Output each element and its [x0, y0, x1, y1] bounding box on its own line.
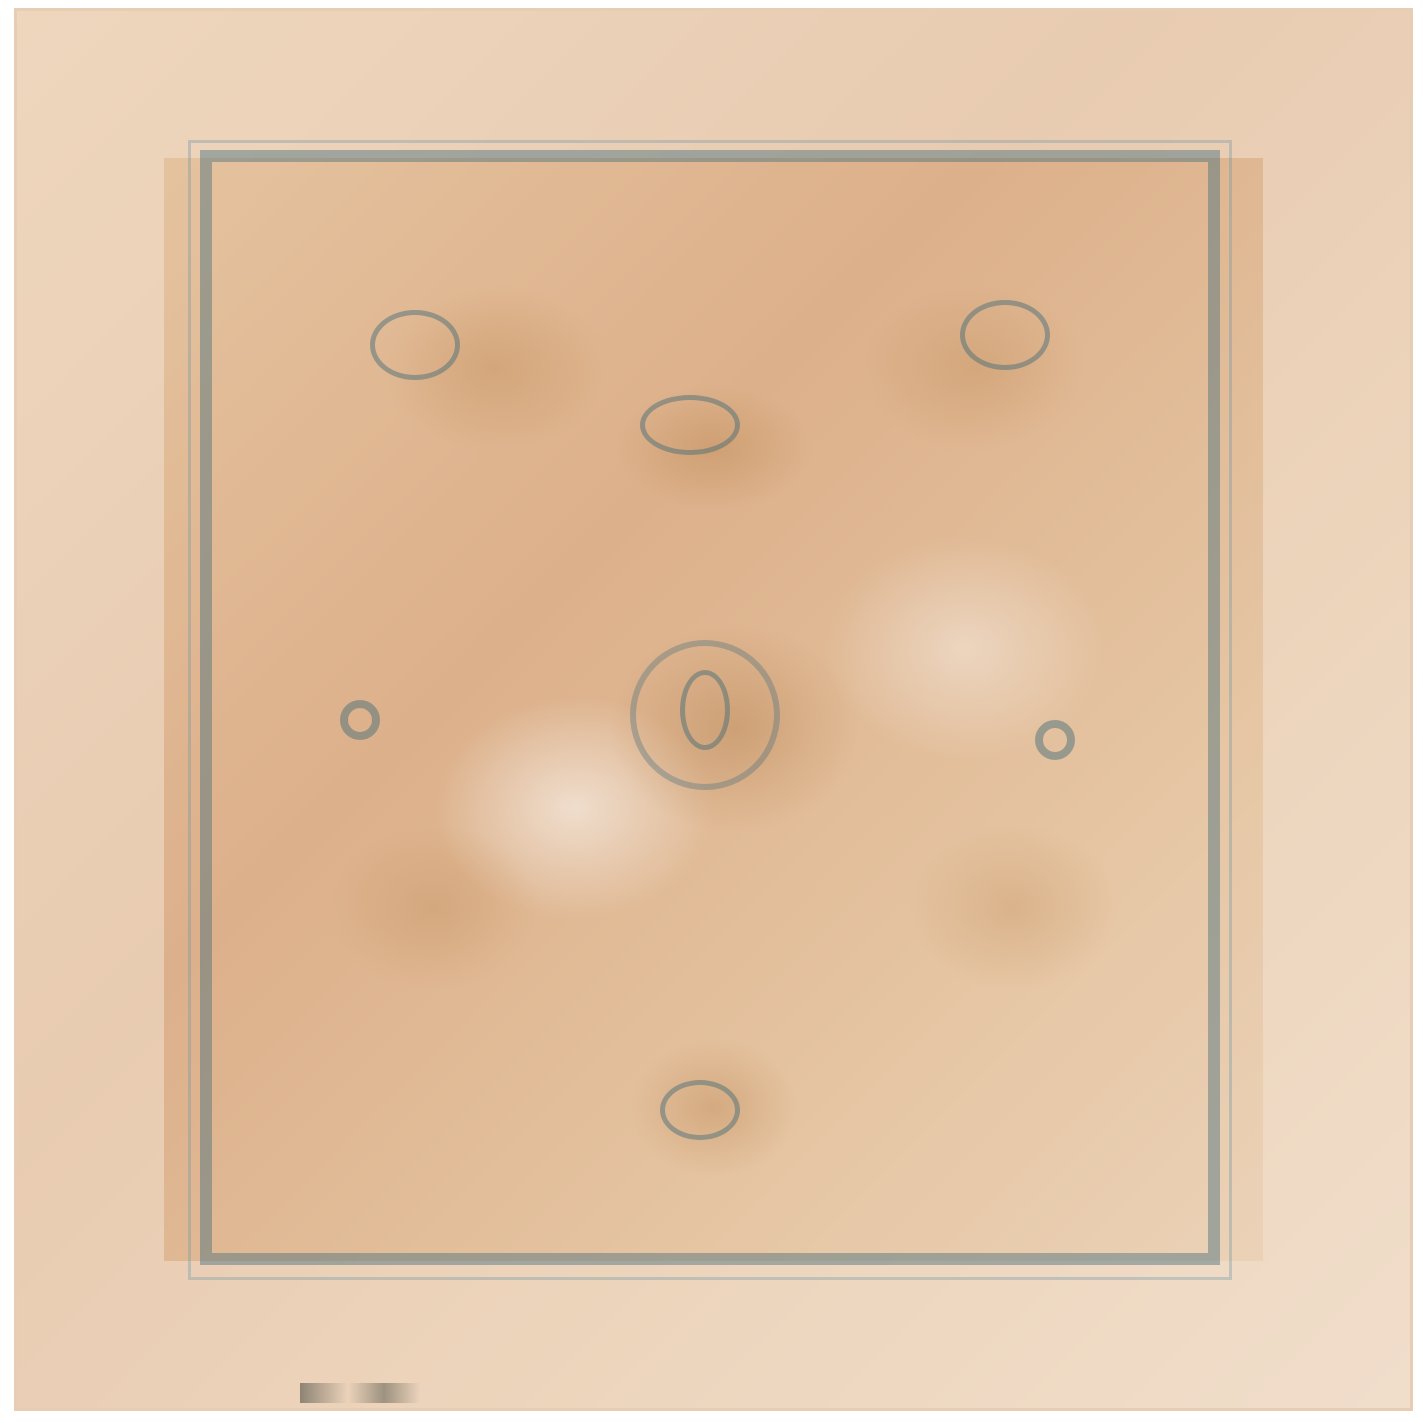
lower-pendant-motif	[660, 1080, 740, 1140]
upper-pendant-motif	[640, 395, 740, 455]
floral-motif-left	[340, 700, 380, 740]
medallion-center-motif	[680, 670, 730, 750]
rug-worn-patch	[300, 1383, 420, 1403]
floral-motif-right	[1035, 720, 1075, 760]
floral-motif-tr	[960, 300, 1050, 370]
floral-motif-tl	[370, 310, 460, 380]
